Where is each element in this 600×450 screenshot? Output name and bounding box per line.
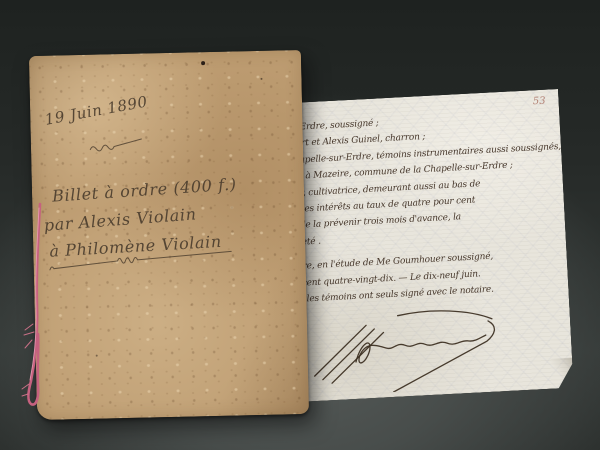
date-underline-squiggle-icon [86,134,147,156]
ink-speck [96,355,98,357]
ink-speck [260,78,262,80]
photo-background: 53 Erdre, soussigné ; bert et Alexis Gui… [0,0,600,450]
notebook-cover: 19 Juin 1890 Billet à ordre (400 f.) par… [29,50,309,420]
page-number: 53 [533,96,546,108]
cover-date-line: 19 Juin 1890 [43,92,149,128]
folded-corner [546,358,574,389]
cover-maker-line: par Alexis Violain [43,204,197,234]
letter-text-block: Erdre, soussigné ; bert et Alexis Guinel… [283,106,568,309]
cover-title-line: Billet à ordre (400 f.) [52,174,238,205]
ink-speck [201,61,205,65]
binding-thread-icon [12,196,64,428]
notarial-letter-page: 53 Erdre, soussigné ; bert et Alexis Gui… [282,89,573,402]
notary-signature-flourish-icon [301,302,555,397]
